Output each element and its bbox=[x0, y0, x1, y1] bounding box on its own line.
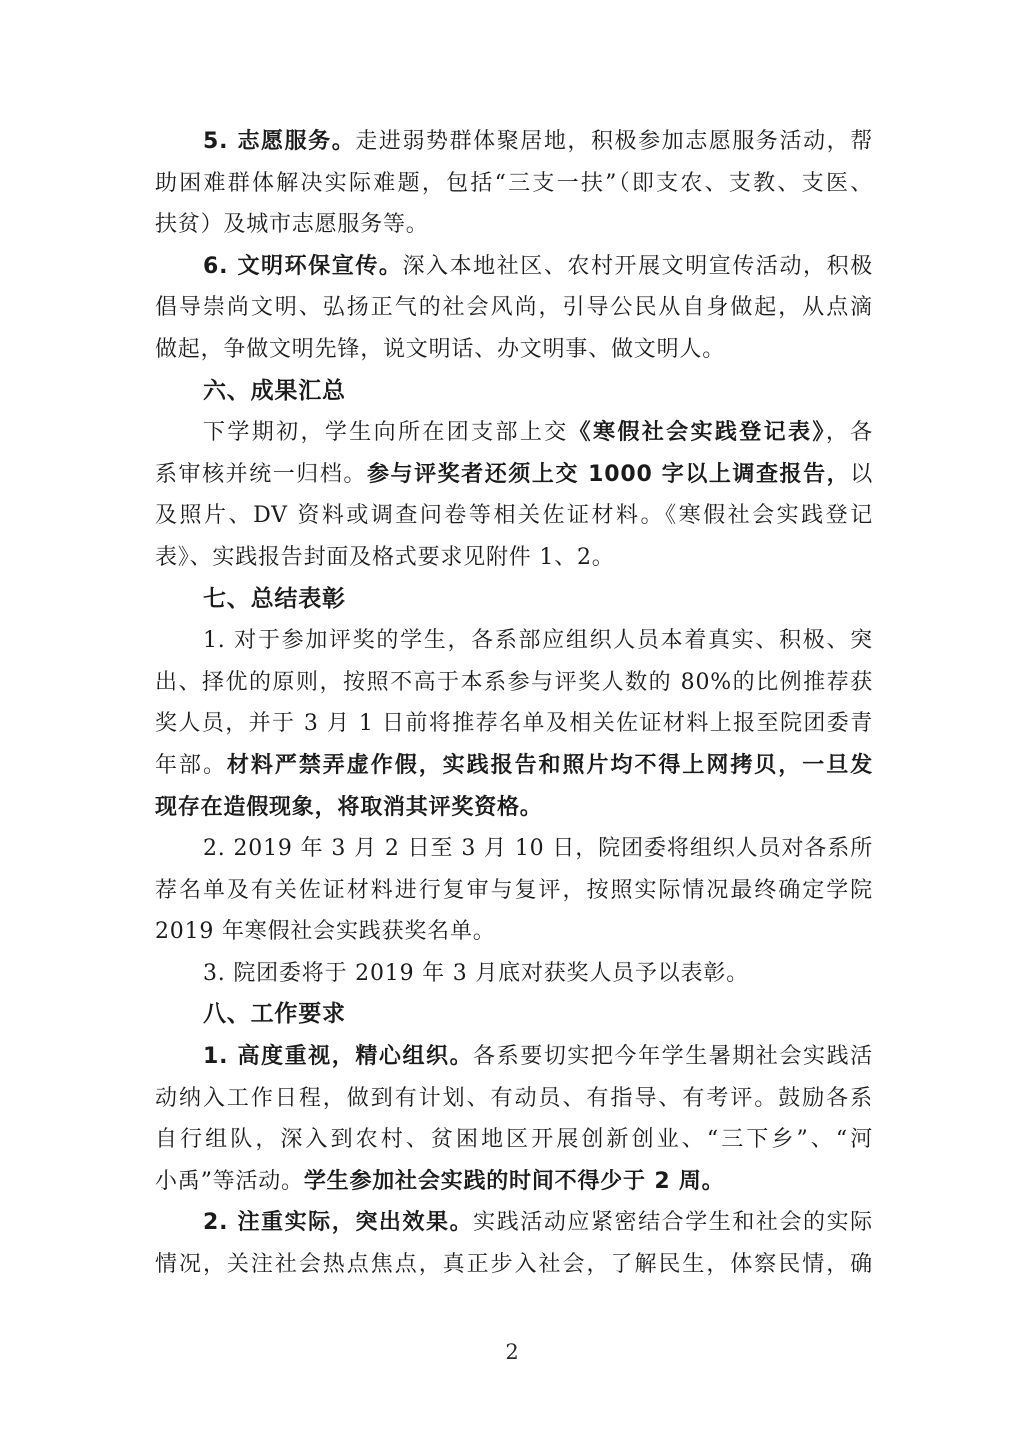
document-body: 5. 志愿服务。走进弱势群体聚居地，积极参加志愿服务活动，帮助困难群体解决实际难… bbox=[155, 121, 873, 1286]
text-run: 自行组队，深入到农村、贫困地区开展创新创业、“三下乡”、“河 bbox=[155, 1127, 873, 1152]
text-line: 扶贫）及城市志愿服务等。 bbox=[155, 204, 873, 246]
text-run: 扶贫）及城市志愿服务等。 bbox=[155, 212, 429, 237]
text-line: 出、择优的原则，按照不高于本系参与评奖人数的 80%的比例推荐获 bbox=[155, 662, 873, 704]
text-line: 自行组队，深入到农村、贫困地区开展创新创业、“三下乡”、“河 bbox=[155, 1119, 873, 1161]
text-run: 七、总结表彰 bbox=[203, 586, 346, 612]
text-line: 6. 文明环保宣传。深入本地社区、农村开展文明宣传活动，积极 bbox=[155, 246, 873, 288]
text-run: ，各 bbox=[826, 420, 873, 445]
text-run: 小禹”等活动。 bbox=[155, 1169, 304, 1194]
text-line: 小禹”等活动。学生参加社会实践的时间不得少于 2 周。 bbox=[155, 1161, 873, 1203]
page-number: 2 bbox=[0, 1340, 1024, 1364]
text-run: 2. 2019 年 3 月 2 日至 3 月 10 日，院团委将组织人员对各系所… bbox=[203, 836, 873, 870]
text-run: 《寒假社会实践登记表》 bbox=[569, 420, 826, 445]
text-line: 现存在造假现象，将取消其评奖资格。 bbox=[155, 787, 873, 829]
text-line: 1. 对于参加评奖的学生，各系部应组织人员本着真实、积极、突 bbox=[155, 620, 873, 662]
text-line: 2. 2019 年 3 月 2 日至 3 月 10 日，院团委将组织人员对各系所… bbox=[155, 828, 873, 870]
text-line: 奖人员，并于 3 月 1 日前将推荐名单及相关佐证材料上报至院团委青 bbox=[155, 703, 873, 745]
text-run: 及照片、DV 资料或调查问卷等相关佐证材料。《寒假社会实践登记 bbox=[155, 503, 873, 528]
text-run: 做起，争做文明先锋，说文明话、办文明事、做文明人。 bbox=[155, 337, 725, 362]
section-heading: 七、总结表彰 bbox=[155, 579, 873, 621]
text-line: 年部。材料严禁弄虚作假，实践报告和照片均不得上网拷贝，一旦发 bbox=[155, 745, 873, 787]
text-run: 表》、实践报告封面及格式要求见附件 1、2。 bbox=[155, 545, 615, 570]
text-line: 倡导崇尚文明、弘扬正气的社会风尚，引导公民从自身做起，从点滴 bbox=[155, 287, 873, 329]
text-run: 下学期初，学生向所在团支部上交 bbox=[203, 420, 569, 445]
text-run: 助困难群体解决实际难题，包括“三支一扶”（即支农、支教、支医、 bbox=[155, 171, 873, 196]
text-run: 情况，关注社会热点焦点，真正步入社会，了解民生，体察民情，确 bbox=[155, 1252, 873, 1277]
text-run: 六、成果汇总 bbox=[203, 378, 346, 404]
text-run: 倡导崇尚文明、弘扬正气的社会风尚，引导公民从自身做起，从点滴 bbox=[155, 295, 873, 320]
text-line: 3. 院团委将于 2019 年 3 月底对获奖人员予以表彰。 bbox=[155, 953, 873, 995]
text-run: 年部。 bbox=[155, 753, 227, 778]
section-heading: 八、工作要求 bbox=[155, 994, 873, 1036]
text-line: 动纳入工作日程，做到有计划、有动员、有指导、有考评。鼓励各系 bbox=[155, 1078, 873, 1120]
text-run: 5. 志愿服务。 bbox=[203, 129, 355, 154]
text-line: 2019 年寒假社会实践获奖名单。 bbox=[155, 911, 873, 953]
text-run: 动纳入工作日程，做到有计划、有动员、有指导、有考评。鼓励各系 bbox=[155, 1086, 873, 1111]
text-run: 出、择优的原则，按照不高于本系参与评奖人数的 80%的比例推荐获 bbox=[155, 670, 873, 695]
text-run: 1. 高度重视，精心组织。 bbox=[203, 1044, 473, 1069]
text-line: 做起，争做文明先锋，说文明话、办文明事、做文明人。 bbox=[155, 329, 873, 371]
text-run: 荐名单及有关佐证材料进行复审与复评，按照实际情况最终确定学院 bbox=[155, 878, 873, 903]
text-line: 5. 志愿服务。走进弱势群体聚居地，积极参加志愿服务活动，帮 bbox=[155, 121, 873, 163]
text-run: 参与评奖者还须上交 1000 字以上调查报告， bbox=[367, 462, 850, 487]
text-line: 表》、实践报告封面及格式要求见附件 1、2。 bbox=[155, 537, 873, 579]
text-run: 1. 对于参加评奖的学生，各系部应组织人员本着真实、积极、突 bbox=[203, 628, 873, 653]
text-run: 奖人员，并于 3 月 1 日前将推荐名单及相关佐证材料上报至院团委青 bbox=[155, 711, 873, 736]
text-run: 实践活动应紧密结合学生和社会的实际 bbox=[473, 1210, 873, 1235]
text-line: 助困难群体解决实际难题，包括“三支一扶”（即支农、支教、支医、 bbox=[155, 163, 873, 205]
text-line: 系审核并统一归档。参与评奖者还须上交 1000 字以上调查报告，以 bbox=[155, 454, 873, 496]
text-line: 荐名单及有关佐证材料进行复审与复评，按照实际情况最终确定学院 bbox=[155, 870, 873, 912]
text-run: 现存在造假现象，将取消其评奖资格。 bbox=[155, 795, 543, 820]
text-run: 以 bbox=[850, 462, 873, 487]
text-run: 材料严禁弄虚作假，实践报告和照片均不得上网拷贝，一旦发 bbox=[227, 753, 873, 778]
text-run: 2. 注重实际，突出效果。 bbox=[203, 1210, 473, 1235]
text-run: 2019 年寒假社会实践获奖名单。 bbox=[155, 919, 496, 944]
text-run: 3. 院团委将于 2019 年 3 月底对获奖人员予以表彰。 bbox=[203, 961, 749, 986]
text-line: 及照片、DV 资料或调查问卷等相关佐证材料。《寒假社会实践登记 bbox=[155, 495, 873, 537]
text-line: 1. 高度重视，精心组织。各系要切实把今年学生暑期社会实践活 bbox=[155, 1036, 873, 1078]
text-run: 6. 文明环保宣传。 bbox=[203, 254, 402, 279]
text-run: 学生参加社会实践的时间不得少于 2 周。 bbox=[304, 1169, 725, 1194]
text-run: 深入本地社区、农村开展文明宣传活动，积极 bbox=[402, 254, 873, 279]
text-run: 系审核并统一归档。 bbox=[155, 462, 367, 487]
text-line: 2. 注重实际，突出效果。实践活动应紧密结合学生和社会的实际 bbox=[155, 1202, 873, 1244]
text-line: 下学期初，学生向所在团支部上交《寒假社会实践登记表》，各 bbox=[155, 412, 873, 454]
text-run: 八、工作要求 bbox=[203, 1001, 346, 1027]
text-run: 走进弱势群体聚居地，积极参加志愿服务活动，帮 bbox=[355, 129, 873, 154]
section-heading: 六、成果汇总 bbox=[155, 371, 873, 413]
text-line: 情况，关注社会热点焦点，真正步入社会，了解民生，体察民情，确 bbox=[155, 1244, 873, 1286]
text-run: 各系要切实把今年学生暑期社会实践活 bbox=[473, 1044, 873, 1069]
